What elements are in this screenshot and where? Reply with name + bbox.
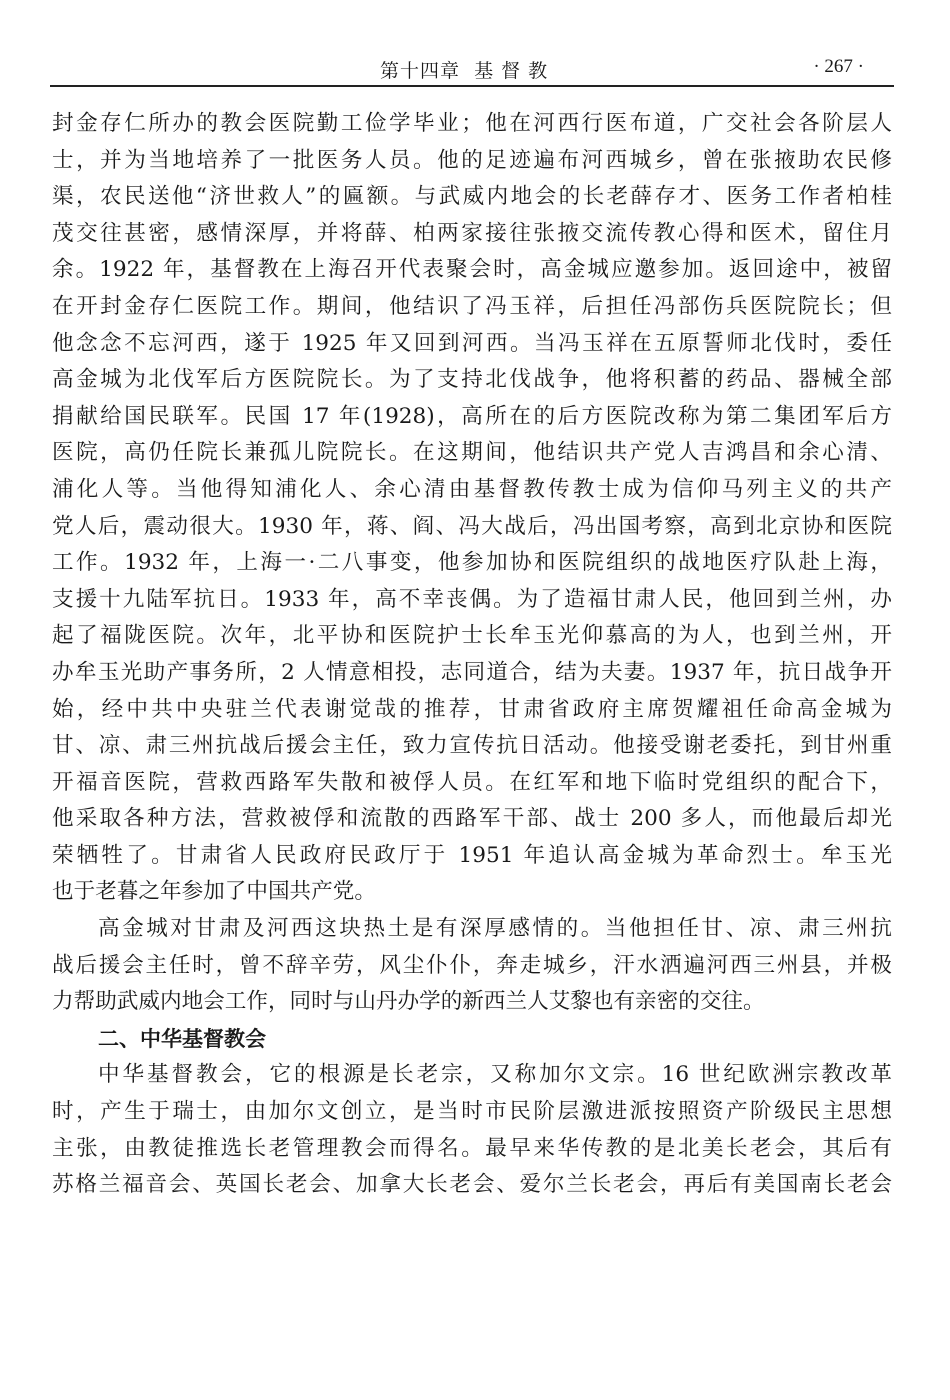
text-line: 余。1922 年，基督教在上海召开代表聚会时，高金城应邀参加。返回途中，被留	[52, 252, 892, 289]
page-header: 第十四章 基 督 教 · 267 ·	[50, 50, 894, 86]
text-line: 党人后，震动很大。1930 年，蒋、阎、冯大战后，冯出国考察，高到北京协和医院	[52, 509, 892, 546]
text-line: 起了福陇医院。次年，北平协和医院护士长牟玉光仰慕高的为人，也到兰州，开	[52, 618, 892, 655]
text-line: 支援十九陆军抗日。1933 年，高不幸丧偶。为了造福甘肃人民，他回到兰州，办	[52, 582, 892, 619]
text-line: 他采取各种方法，营救被俘和流散的西路军干部、战士 200 多人，而他最后却光	[52, 801, 892, 838]
text-line: 他念念不忘河西，遂于 1925 年又回到河西。当冯玉祥在五原誓师北伐时，委任	[52, 326, 892, 363]
text-line: 战后援会主任时，曾不辞辛劳，风尘仆仆，奔走城乡，汗水洒遍河西三州县，并极	[52, 948, 892, 985]
paragraph-end-line: 力帮助武威内地会工作，同时与山丹办学的新西兰人艾黎也有亲密的交往。	[52, 984, 892, 1021]
text-line: 甘、凉、肃三州抗战后援会主任，致力宣传抗日活动。他接受谢老委托，到甘州重	[52, 728, 892, 765]
text-line: 主张，由教徒推选长老管理教会而得名。最早来华传教的是北美长老会，其后有	[52, 1131, 892, 1168]
text-line: 茂交往甚密，感情深厚，并将薛、柏两家接往张掖交流传教心得和医术，留住月	[52, 216, 892, 253]
text-line: 办牟玉光助产事务所，2 人情意相投，志同道合，结为夫妻。1937 年，抗日战争开	[52, 655, 892, 692]
paragraph-start-line: 中华基督教会，它的根源是长老宗，又称加尔文宗。16 世纪欧洲宗教改革	[52, 1057, 892, 1094]
text-line: 封金存仁所办的教会医院勤工俭学毕业；他在河西行医布道，广交社会各阶层人	[52, 106, 892, 143]
text-line: 工作。1932 年，上海一·二八事变，他参加协和医院组织的战地医疗队赴上海，	[52, 545, 892, 582]
text-line: 苏格兰福音会、英国长老会、加拿大长老会、爱尔兰长老会，再后有美国南长老会	[52, 1167, 892, 1204]
text-line: 荣牺牲了。甘肃省人民政府民政厅于 1951 年追认高金城为革命烈士。牟玉光	[52, 838, 892, 875]
paragraph-end-line: 也于老暮之年参加了中国共产党。	[52, 874, 892, 911]
paragraph-start-line: 高金城对甘肃及河西这块热土是有深厚感情的。当他担任甘、凉、肃三州抗	[52, 911, 892, 948]
text-line: 渠，农民送他“济世救人”的匾额。与武威内地会的长老薛存才、医务工作者柏桂	[52, 179, 892, 216]
page-number: · 267 ·	[813, 56, 864, 78]
running-title: 第十四章 基 督 教	[380, 56, 548, 83]
text-line: 时，产生于瑞士，由加尔文创立，是当时市民阶层激进派按照资产阶级民主思想	[52, 1094, 892, 1131]
section-heading: 二、中华基督教会	[52, 1021, 892, 1058]
text-line: 士，并为当地培养了一批医务人员。他的足迹遍布河西城乡，曾在张掖助农民修	[52, 143, 892, 180]
text-line: 在开封金存仁医院工作。期间，他结识了冯玉祥，后担任冯部伤兵医院院长；但	[52, 289, 892, 326]
text-line: 始，经中共中央驻兰代表谢觉哉的推荐，甘肃省政府主席贺耀祖任命高金城为	[52, 692, 892, 729]
text-line: 浦化人等。当他得知浦化人、余心清由基督教传教士成为信仰马列主义的共产	[52, 472, 892, 509]
body-text: 封金存仁所办的教会医院勤工俭学毕业；他在河西行医布道，广交社会各阶层人 士，并为…	[52, 106, 892, 1204]
header-rule	[50, 85, 894, 87]
text-line: 捐献给国民联军。民国 17 年(1928)，高所在的后方医院改称为第二集团军后方	[52, 399, 892, 436]
text-line: 高金城为北伐军后方医院院长。为了支持北伐战争，他将积蓄的药品、器械全部	[52, 362, 892, 399]
text-line: 医院，高仍任院长兼孤儿院院长。在这期间，他结识共产党人吉鸿昌和余心清、	[52, 435, 892, 472]
text-line: 开福音医院，营救西路军失散和被俘人员。在红军和地下临时党组织的配合下，	[52, 765, 892, 802]
